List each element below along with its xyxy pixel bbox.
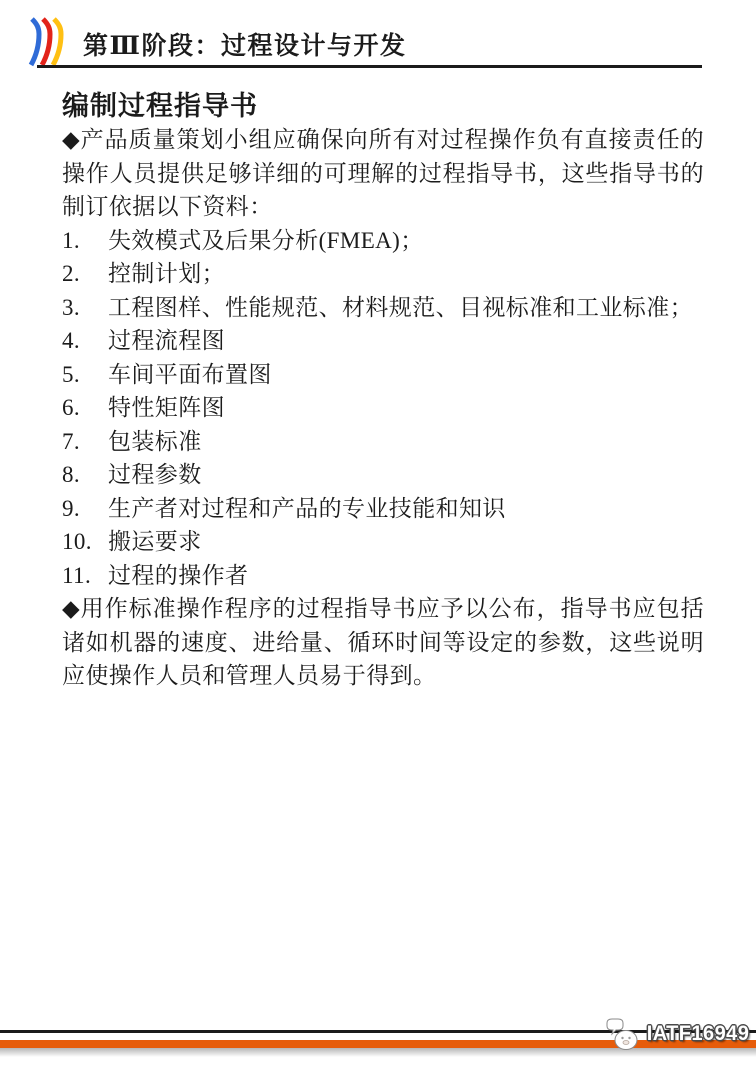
chevron-red [42,19,50,65]
watermark-text: IATF16949 [647,1022,750,1046]
watermark: IATF16949 [605,1014,752,1054]
list-item-number: 8. [62,458,108,492]
list-item-number: 4. [62,324,108,358]
slide-page: 第Ⅲ阶段：过程设计与开发 编制过程指导书 ◆产品质量策划小组应确保向所有对过程操… [0,0,756,1070]
list-item-text: 控制计划； [108,257,704,291]
closing-paragraph: ◆用作标准操作程序的过程指导书应予以公布，指导书应包括诸如机器的速度、进给量、循… [62,592,704,693]
list-item-number: 2. [62,257,108,291]
list-item: 7. 包装标准 [62,425,704,459]
chat-bubbles-icon [605,1018,641,1052]
numbered-list: 1. 失效模式及后果分析(FMEA)； 2. 控制计划； 3. 工程图样、性能规… [62,224,704,593]
intro-paragraph: ◆产品质量策划小组应确保向所有对过程操作负有直接责任的操作人员提供足够详细的可理… [62,123,704,224]
list-item-number: 1. [62,224,108,258]
list-item: 6. 特性矩阵图 [62,391,704,425]
list-item: 3. 工程图样、性能规范、材料规范、目视标准和工业标准； [62,291,704,325]
list-item-text: 包装标准 [108,425,704,459]
list-item-text: 过程的操作者 [108,559,704,593]
list-item-text: 生产者对过程和产品的专业技能和知识 [108,492,704,526]
list-item: 11. 过程的操作者 [62,559,704,593]
list-item-number: 5. [62,358,108,392]
list-item-number: 3. [62,291,108,325]
list-item-number: 6. [62,391,108,425]
list-item-text: 车间平面布置图 [108,358,704,392]
list-item-number: 11. [62,559,108,593]
chevron-yellow [53,19,61,65]
list-item-text: 搬运要求 [108,525,704,559]
list-item-text: 失效模式及后果分析(FMEA)； [108,224,704,258]
list-item-text: 过程流程图 [108,324,704,358]
list-item-number: 9. [62,492,108,526]
list-item-text: 工程图样、性能规范、材料规范、目视标准和工业标准； [108,291,704,325]
page-title: 第Ⅲ阶段：过程设计与开发 [83,26,406,62]
triple-chevron-icon [28,16,68,68]
list-item: 1. 失效模式及后果分析(FMEA)； [62,224,704,258]
slide-body: 编制过程指导书 ◆产品质量策划小组应确保向所有对过程操作负有直接责任的操作人员提… [62,89,704,693]
chevron-blue [31,19,39,65]
title-underline [37,65,702,68]
list-item-text: 过程参数 [108,458,704,492]
section-heading: 编制过程指导书 [62,89,704,123]
list-item: 10. 搬运要求 [62,525,704,559]
list-item: 5. 车间平面布置图 [62,358,704,392]
list-item: 9. 生产者对过程和产品的专业技能和知识 [62,492,704,526]
list-item-number: 10. [62,525,108,559]
list-item: 4. 过程流程图 [62,324,704,358]
list-item: 8. 过程参数 [62,458,704,492]
list-item-text: 特性矩阵图 [108,391,704,425]
list-item-number: 7. [62,425,108,459]
list-item: 2. 控制计划； [62,257,704,291]
